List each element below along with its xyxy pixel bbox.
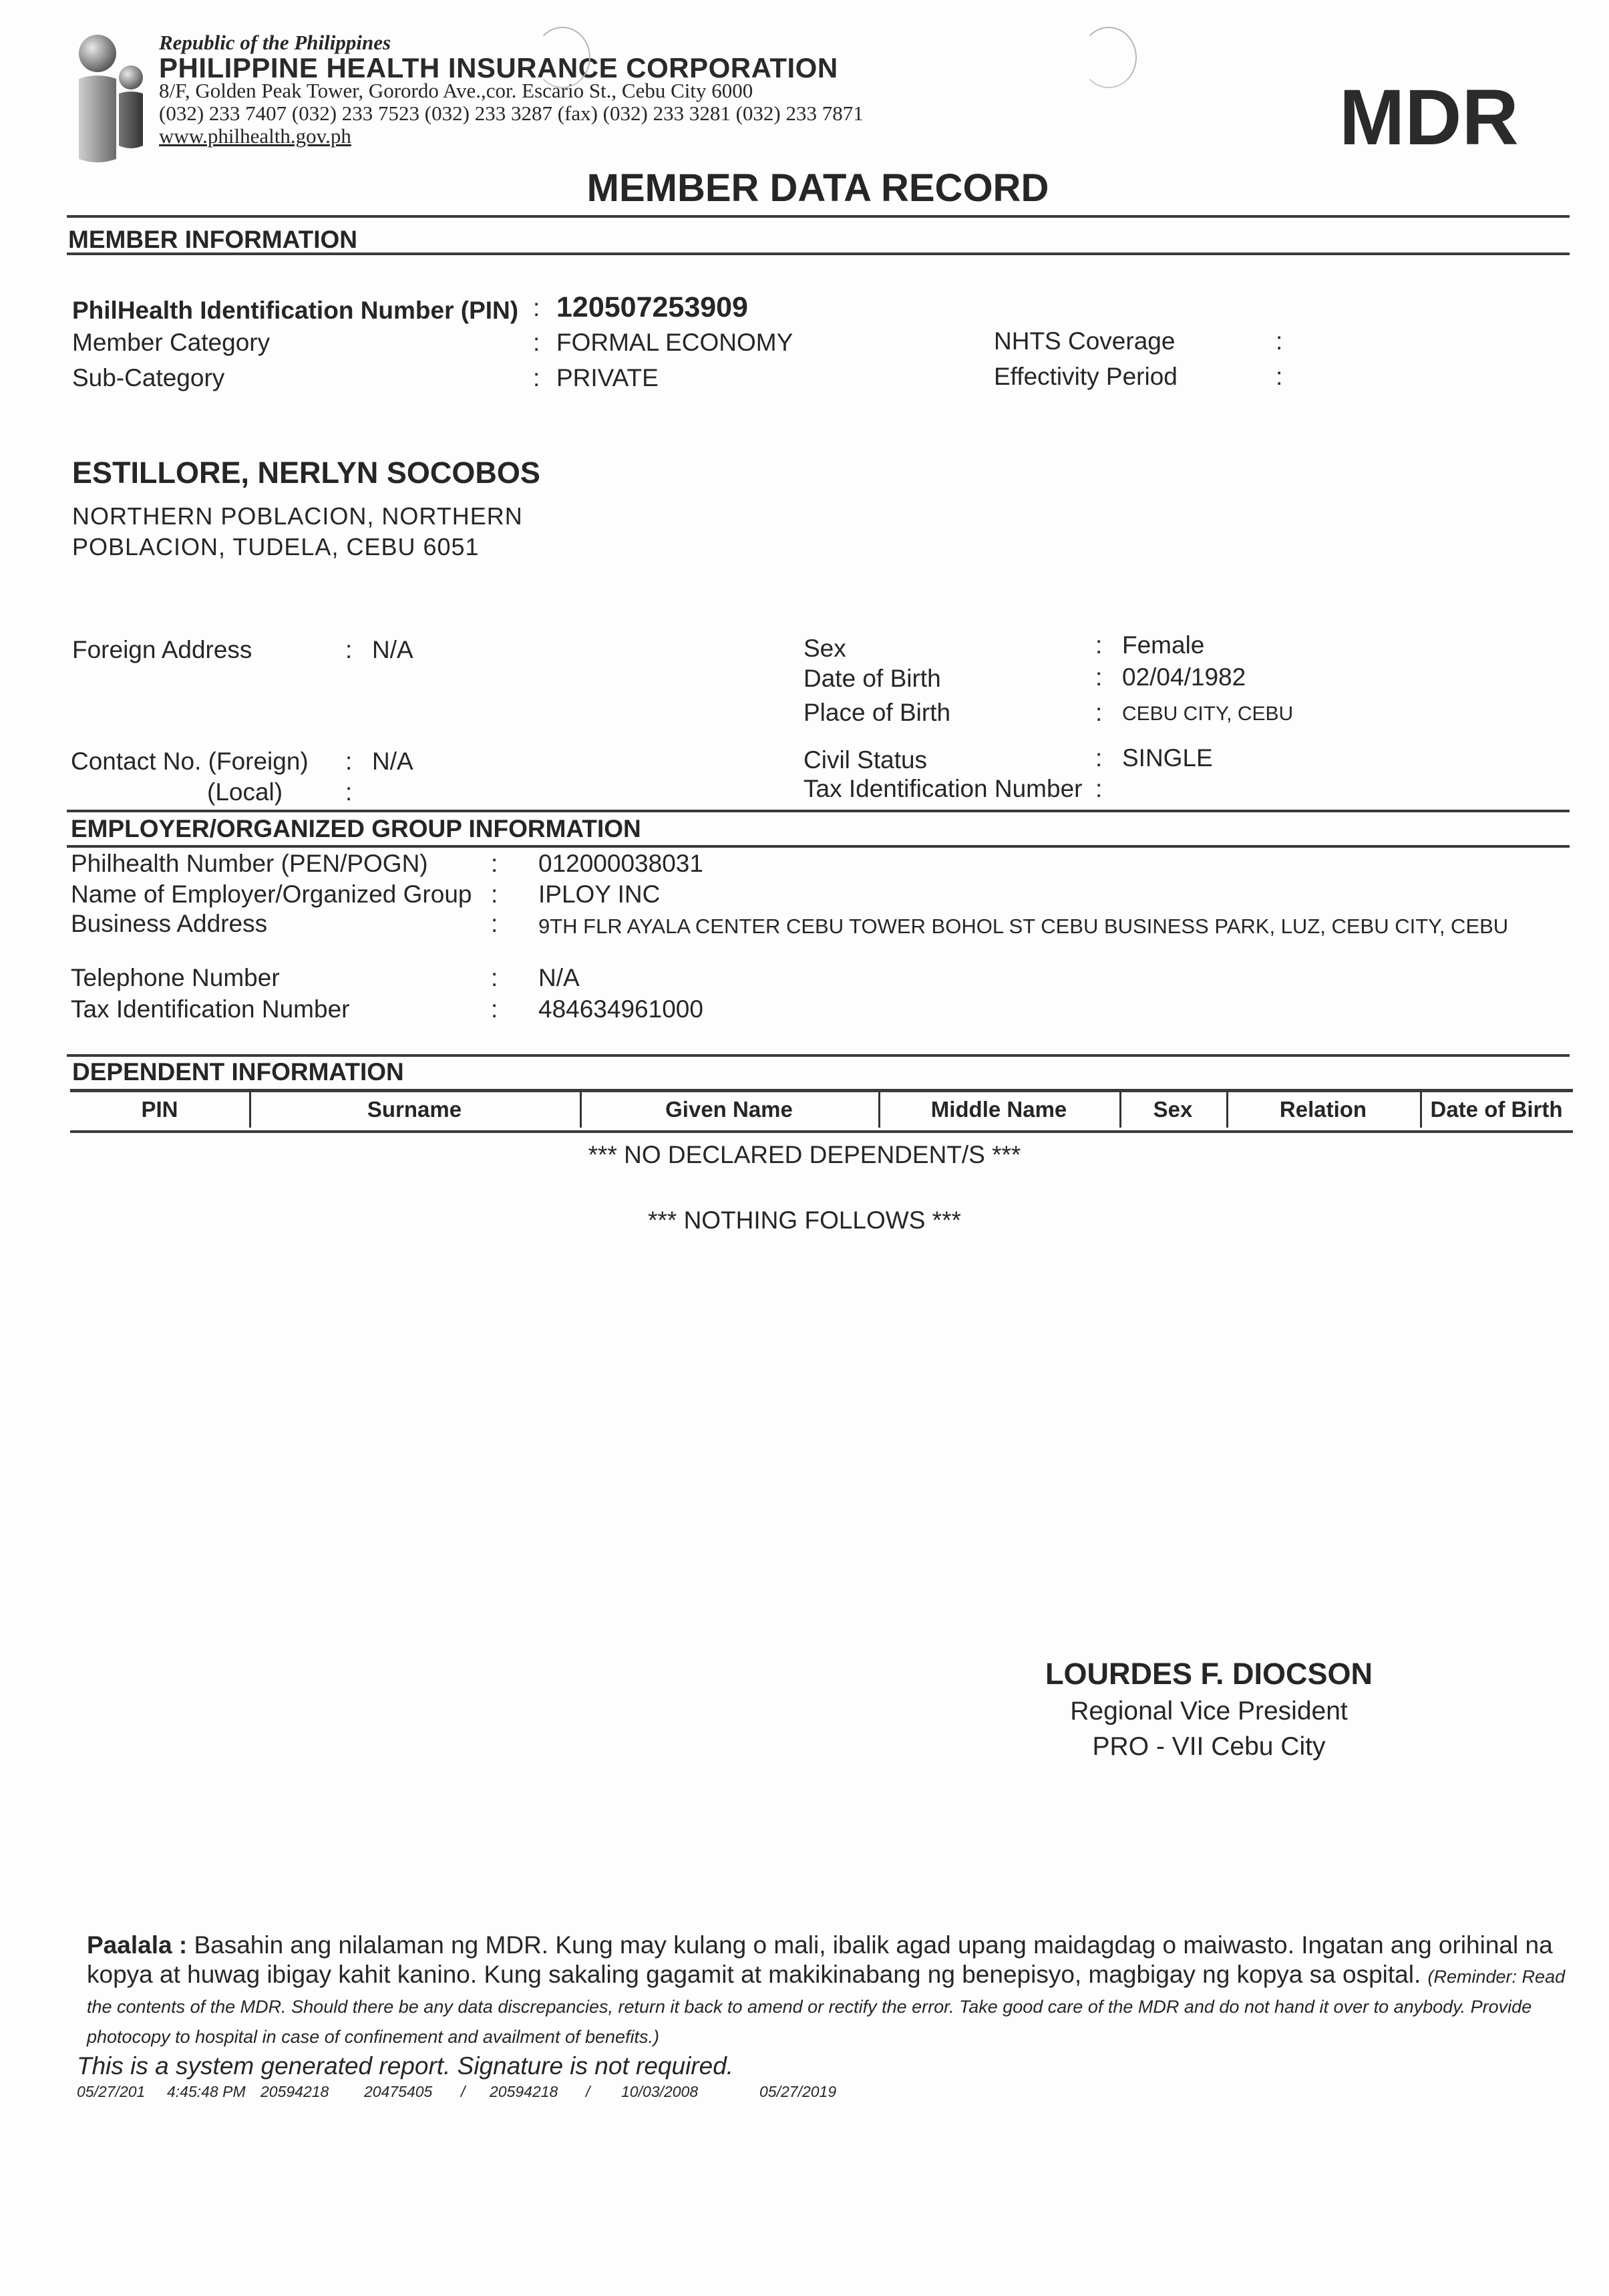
footer-meta-item: 20594218 <box>260 2083 329 2101</box>
column-divider <box>249 1092 251 1128</box>
column-divider <box>580 1092 582 1128</box>
employer-field-value: 484634961000 <box>538 995 703 1023</box>
contact-foreign-label: Contact No. (Foreign) <box>71 748 309 776</box>
contact-foreign-value: N/A <box>372 748 413 776</box>
table-column-header: Surname <box>249 1090 580 1129</box>
employer-field-value: IPLOY INC <box>538 880 660 909</box>
no-dependents-message: *** NO DECLARED DEPENDENT/S *** <box>0 1141 1609 1169</box>
footer-meta-item: 4:45:48 PM <box>167 2083 246 2101</box>
employer-field-label: Business Address <box>71 910 267 938</box>
reminder-filipino: Basahin ang nilalaman ng MDR. Kung may k… <box>87 1931 1553 1988</box>
colon: : <box>491 964 498 992</box>
footer-meta-item: 20475405 <box>364 2083 432 2101</box>
member-name: ESTILLORE, NERLYN SOCOBOS <box>72 456 540 490</box>
colon: : <box>1276 363 1282 391</box>
sex-value: Female <box>1122 631 1204 659</box>
member-category-label: Member Category <box>72 329 270 357</box>
nhts-coverage-label: NHTS Coverage <box>994 327 1175 355</box>
corporation-address: 8/F, Golden Peak Tower, Gorordo Ave.,cor… <box>159 79 753 103</box>
footer-meta-item: / <box>461 2083 465 2101</box>
tin-label: Tax Identification Number <box>803 775 1082 803</box>
footer-meta-item: 05/27/201 <box>77 2083 145 2101</box>
sub-category-value: PRIVATE <box>556 364 659 392</box>
divider <box>67 253 1570 255</box>
table-column-header: PIN <box>70 1090 249 1129</box>
reminder-notice: Paalala : Basahin ang nilalaman ng MDR. … <box>87 1931 1590 2050</box>
section-title-employer-information: EMPLOYER/ORGANIZED GROUP INFORMATION <box>71 815 641 843</box>
sub-category-label: Sub-Category <box>72 364 224 392</box>
colon: : <box>491 995 498 1023</box>
pin-label: PhilHealth Identification Number (PIN) <box>72 297 518 325</box>
section-title-member-information: MEMBER INFORMATION <box>68 226 357 254</box>
website-link[interactable]: www.philhealth.gov.ph <box>159 124 351 148</box>
colon: : <box>533 329 540 357</box>
colon: : <box>533 364 540 392</box>
table-column-header: Given Name <box>580 1090 878 1129</box>
column-divider <box>878 1092 880 1128</box>
colon: : <box>533 294 540 322</box>
punch-hole-mark <box>534 27 590 88</box>
column-divider <box>1119 1092 1121 1128</box>
sex-label: Sex <box>803 635 846 663</box>
employer-field-label: Telephone Number <box>71 964 280 992</box>
divider <box>67 215 1570 218</box>
date-of-birth-label: Date of Birth <box>803 665 941 693</box>
column-divider <box>1420 1092 1422 1128</box>
form-code: MDR <box>1339 72 1519 163</box>
colon: : <box>491 880 498 909</box>
colon: : <box>491 850 498 878</box>
foreign-address-value: N/A <box>372 636 413 664</box>
table-column-header: Relation <box>1226 1090 1420 1129</box>
signatory-title: Regional Vice President <box>1042 1697 1376 1726</box>
republic-label: Republic of the Philippines <box>159 31 391 55</box>
member-category-value: FORMAL ECONOMY <box>556 329 793 357</box>
colon: : <box>1095 775 1102 803</box>
reminder-label: Paalala : <box>87 1931 187 1959</box>
date-of-birth-value: 02/04/1982 <box>1122 663 1246 691</box>
table-column-header: Date of Birth <box>1420 1090 1573 1129</box>
footer-meta-item: 20594218 <box>490 2083 558 2101</box>
employer-field-value: N/A <box>538 964 580 992</box>
column-divider <box>1226 1092 1228 1128</box>
effectivity-period-label: Effectivity Period <box>994 363 1178 391</box>
nothing-follows-message: *** NOTHING FOLLOWS *** <box>0 1206 1609 1235</box>
footer-meta-item: 05/27/2019 <box>759 2083 836 2101</box>
dependents-table-header: PINSurnameGiven NameMiddle NameSexRelati… <box>70 1090 1573 1129</box>
colon: : <box>1095 744 1102 772</box>
table-bottom-rule <box>70 1130 1573 1133</box>
signatory-name: LOURDES F. DIOCSON <box>1042 1657 1376 1691</box>
document-title: MEMBER DATA RECORD <box>0 166 1609 210</box>
foreign-address-label: Foreign Address <box>72 636 252 664</box>
system-generated-note: This is a system generated report. Signa… <box>77 2052 733 2080</box>
place-of-birth-label: Place of Birth <box>803 699 950 727</box>
corporation-phones: (032) 233 7407 (032) 233 7523 (032) 233 … <box>159 102 864 126</box>
member-address-line: POBLACION, TUDELA, CEBU 6051 <box>72 532 673 562</box>
divider <box>67 1054 1570 1057</box>
footer-meta-item: 10/03/2008 <box>621 2083 698 2101</box>
civil-status-value: SINGLE <box>1122 744 1213 772</box>
table-column-header: Sex <box>1119 1090 1226 1129</box>
member-address: NORTHERN POBLACION, NORTHERN POBLACION, … <box>72 501 673 562</box>
employer-field-label: Tax Identification Number <box>71 995 349 1023</box>
signatory-office: PRO - VII Cebu City <box>1042 1732 1376 1762</box>
employer-field-label: Philhealth Number (PEN/POGN) <box>71 850 428 878</box>
punch-hole-mark <box>1081 27 1137 88</box>
colon: : <box>1095 699 1102 727</box>
colon: : <box>1276 327 1282 355</box>
colon: : <box>1095 631 1102 659</box>
pin-value: 120507253909 <box>556 291 748 324</box>
contact-local-label: (Local) <box>207 778 283 806</box>
member-address-line: NORTHERN POBLACION, NORTHERN <box>72 501 673 532</box>
colon: : <box>491 910 498 938</box>
colon: : <box>345 636 352 664</box>
divider <box>67 845 1570 848</box>
colon: : <box>345 748 352 776</box>
civil-status-label: Civil Status <box>803 746 927 774</box>
footer-meta-item: / <box>586 2083 590 2101</box>
philhealth-logo-icon <box>75 32 155 166</box>
employer-field-value: 9TH FLR AYALA CENTER CEBU TOWER BOHOL ST… <box>538 914 1554 939</box>
divider <box>67 810 1570 812</box>
colon: : <box>1095 663 1102 691</box>
employer-field-value: 012000038031 <box>538 850 703 878</box>
employer-field-label: Name of Employer/Organized Group <box>71 880 472 909</box>
colon: : <box>345 778 352 806</box>
section-title-dependent-information: DEPENDENT INFORMATION <box>72 1058 404 1086</box>
place-of-birth-value: CEBU CITY, CEBU <box>1122 703 1293 725</box>
table-column-header: Middle Name <box>878 1090 1119 1129</box>
